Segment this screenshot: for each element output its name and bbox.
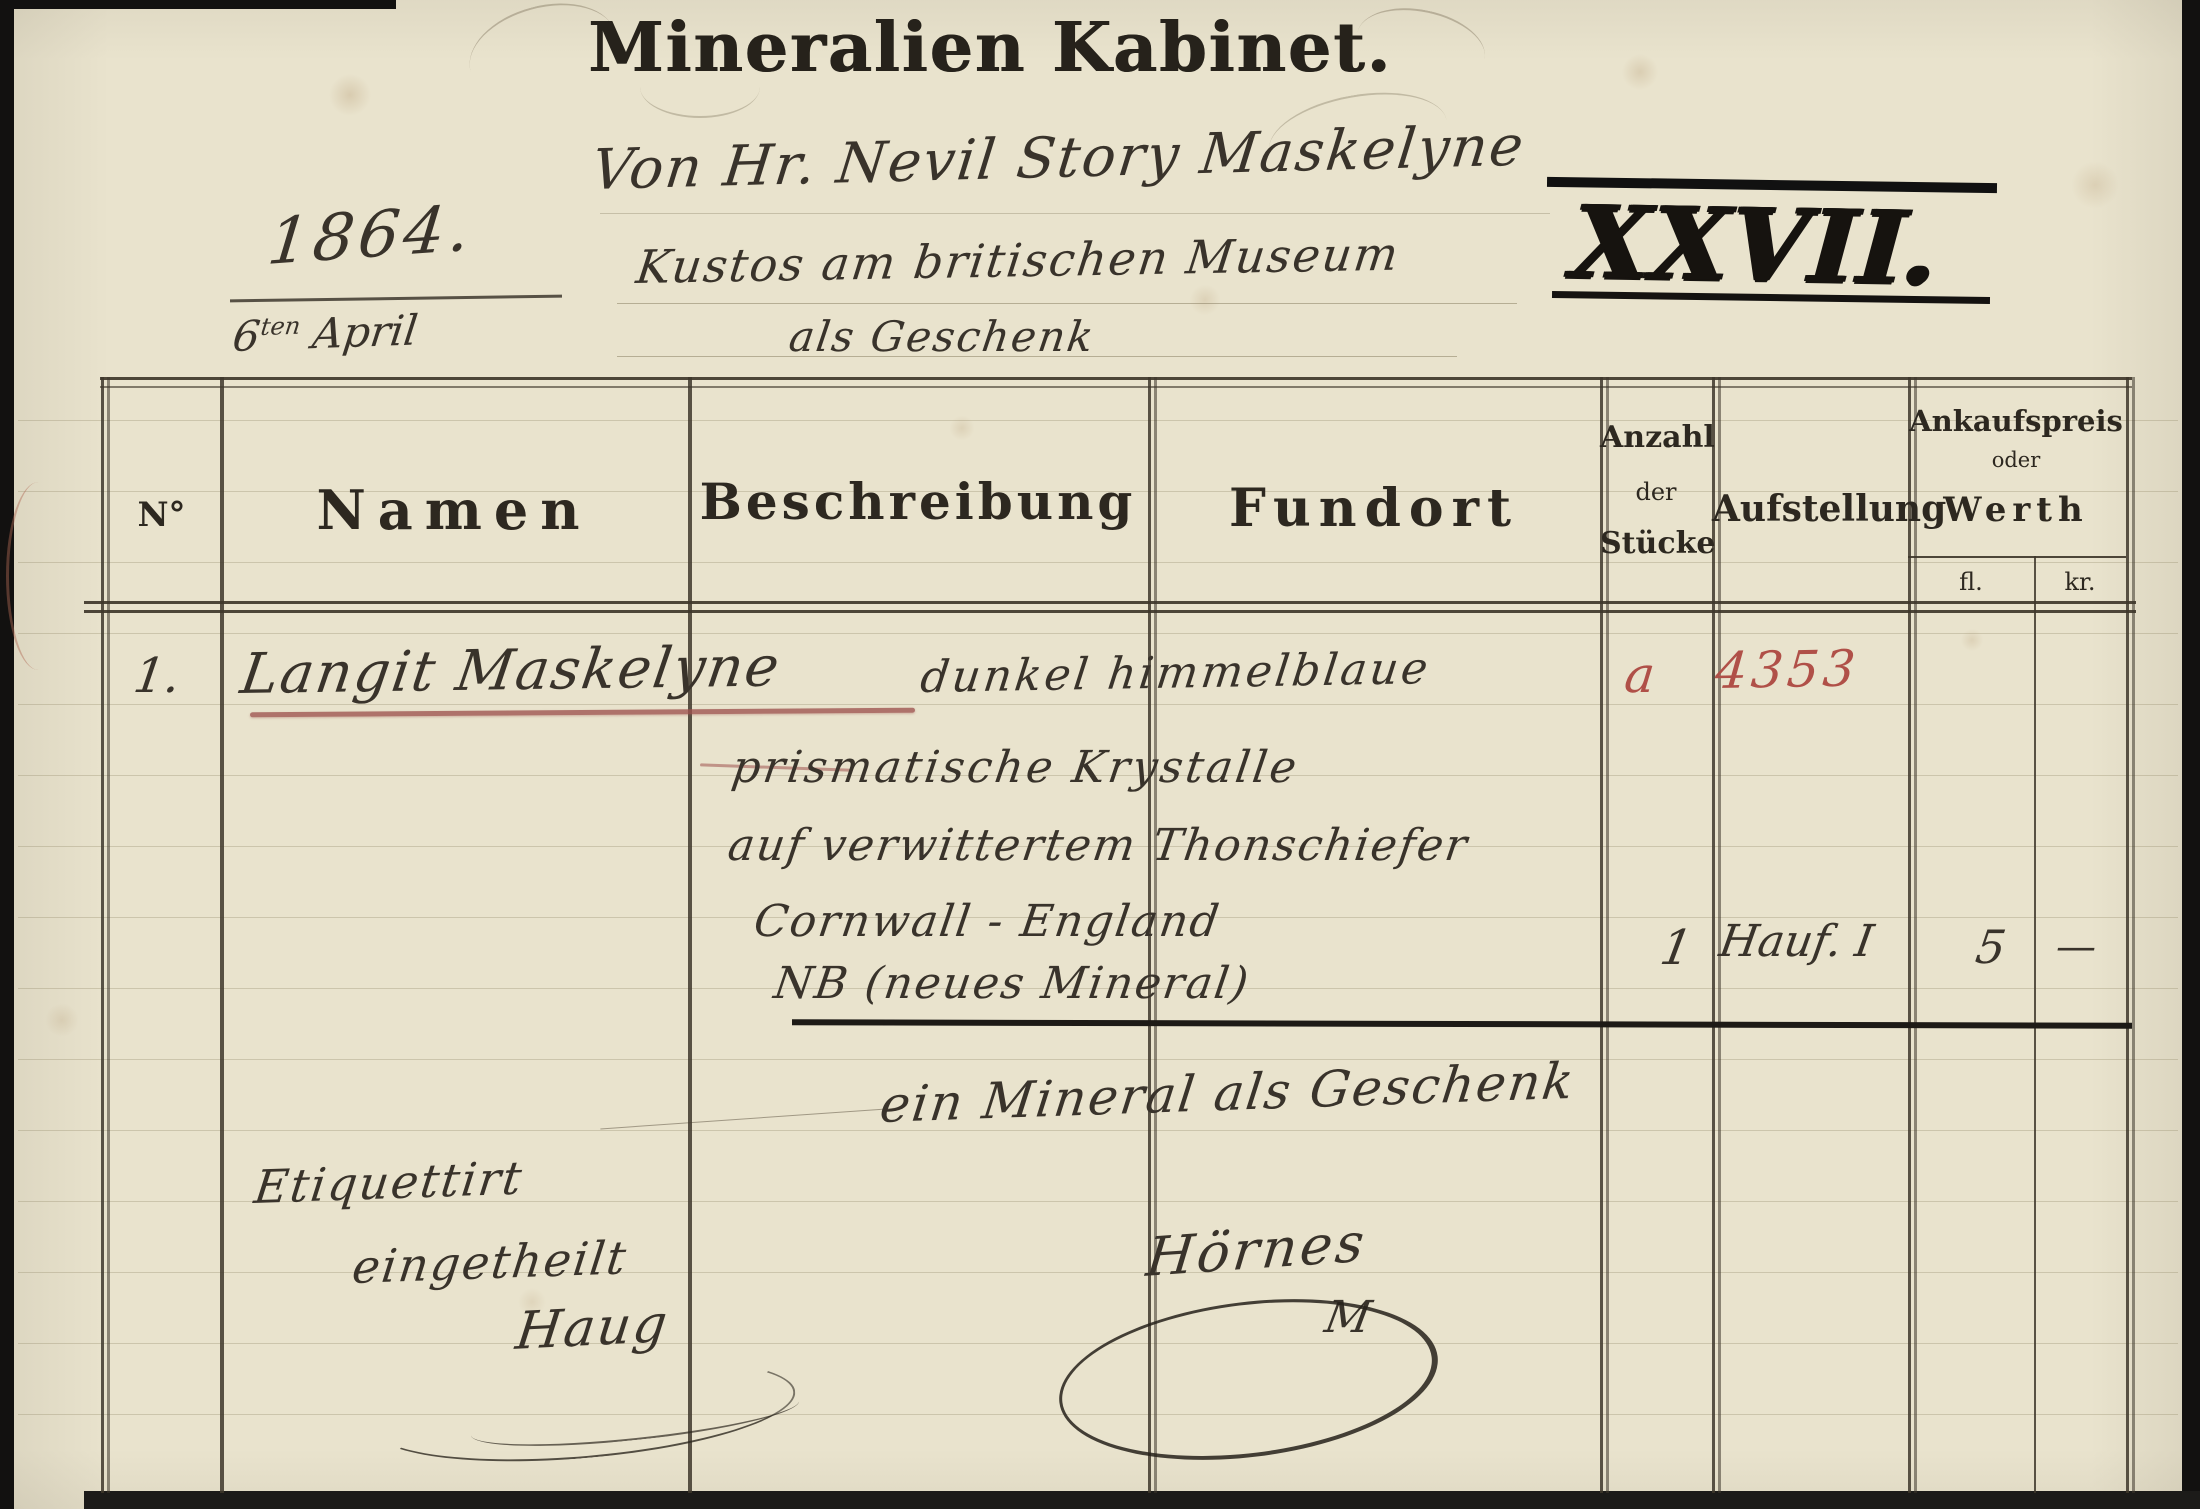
entry-aufstellung: Hauf. I <box>1716 916 1877 967</box>
gift-note: ein Mineral als Geschenk <box>877 1052 1579 1134</box>
director-signature-flourish <box>1050 1279 1447 1479</box>
ruling-line <box>18 1343 2178 1344</box>
year-underline <box>230 295 562 303</box>
currency-subheader-line <box>1908 556 2126 558</box>
entry-closing-line <box>792 1019 2132 1029</box>
col-header-namen: Namen <box>220 478 688 542</box>
col-divider-no-namen <box>220 377 224 1493</box>
col-header-preis-1: Ankaufspreis <box>1908 404 2124 438</box>
entry-year: 1864. <box>264 192 477 280</box>
col-header-anzahl-1: Anzahl <box>1600 420 1712 455</box>
col-header-anzahl-2: der <box>1600 478 1712 506</box>
col-header-beschreibung: Beschreibung <box>688 472 1148 531</box>
scan-edge-top-left <box>0 0 396 9</box>
curator-signature: Haug <box>513 1294 673 1362</box>
faint-rule <box>617 303 1517 304</box>
header-bottom-line <box>84 601 2136 604</box>
provenance-line-2: Kustos am britischen Museum <box>633 227 1403 294</box>
entry-day: 6ten April <box>230 306 421 361</box>
table-top-line-2 <box>100 386 2132 388</box>
col-divider-namen-beschreibung <box>688 377 692 1493</box>
entry-mineral-name: Langit Maskelyne <box>237 634 786 707</box>
provenance-line-3: als Geschenk <box>786 312 1098 361</box>
ruling-line <box>18 562 2178 563</box>
col-divider-aufstellung-preis <box>1908 377 1911 1493</box>
inventory-number: 4353 <box>1713 639 1862 699</box>
day-number: 6 <box>230 311 263 361</box>
folio-number: XXVII. <box>1557 183 1960 307</box>
entry-price-kreuzer: — <box>2056 924 2096 970</box>
page-title: Mineralien Kabinet. <box>540 8 1440 88</box>
table-border-right <box>2126 377 2129 1493</box>
entry-price-florin: 5 <box>1972 920 2009 974</box>
ruling-line <box>18 420 2178 421</box>
faint-rule <box>617 356 1457 357</box>
col-header-florin: fl. <box>1908 568 2034 596</box>
ruling-line <box>18 1272 2178 1273</box>
col-header-preis-3: Werth <box>1908 490 2124 530</box>
provenance-line-1: Von Hr. Nevil Story Maskelyne <box>589 114 1529 203</box>
header-bottom-line-2 <box>84 610 2136 613</box>
col-header-preis-2: oder <box>1908 448 2124 472</box>
col-header-aufstellung: Aufstellung <box>1712 488 1908 530</box>
col-header-kreuzer: kr. <box>2034 568 2126 596</box>
ruling-line <box>18 1059 2178 1060</box>
scan-edge-left <box>0 0 14 1509</box>
col-header-anzahl-3: Stücke <box>1600 526 1712 561</box>
col-header-no: N° <box>103 495 220 535</box>
processing-note-line-1: Etiquettirt <box>251 1151 526 1214</box>
table-border-left <box>101 377 104 1493</box>
scan-edge-bottom <box>84 1491 2200 1509</box>
day-suffix: ten <box>259 312 302 341</box>
ledger-page: Mineralien Kabinet. Von Hr. Nevil Story … <box>0 0 2200 1509</box>
pen-upstroke <box>600 1108 899 1130</box>
ruling-line <box>18 1130 2178 1131</box>
col-header-fundort: Fundort <box>1148 478 1600 539</box>
entry-number: 1. <box>130 648 184 704</box>
entry-anzahl: 1 <box>1656 920 1696 976</box>
ruling-line <box>18 633 2178 634</box>
inventory-prefix: a <box>1622 646 1658 704</box>
fundort-line: NB (neues Mineral) <box>771 958 1253 1009</box>
faint-rule <box>600 213 1550 214</box>
scan-edge-right <box>2182 0 2200 1509</box>
description-line: auf verwittertem Thonschiefer <box>725 820 1472 871</box>
description-line: prismatische Krystalle <box>729 742 1303 793</box>
name-red-underline <box>250 708 915 718</box>
fundort-line: Cornwall - England <box>751 896 1224 947</box>
description-line: dunkel himmelblaue <box>918 643 1434 703</box>
margin-stain-arc <box>6 482 71 670</box>
director-signature: Hörnes <box>1143 1211 1370 1289</box>
day-month: April <box>310 306 421 359</box>
table-top-line <box>100 377 2132 380</box>
processing-note-line-2: eingetheilt <box>349 1230 630 1294</box>
